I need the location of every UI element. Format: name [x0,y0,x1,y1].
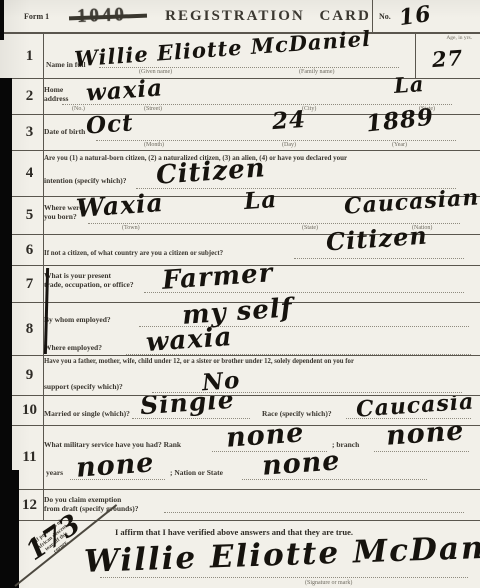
dependents-question-1: Have you a father, mother, wife, child u… [44,358,354,365]
military-branch-answer: none [385,417,465,449]
row-number: 7 [16,266,44,302]
born-town-value: Waxia [75,190,164,221]
sub-state2: (State) [302,225,318,231]
answer-line [164,512,464,513]
row-number: 11 [16,426,44,489]
row-number: 2 [16,79,44,114]
military-nation-label: ; Nation or State [170,468,223,477]
row-number: 5 [16,197,44,234]
home-city-value: waxia [85,76,163,104]
citizenship-answer: Citizen [155,155,266,189]
age-box: Age, in yrs. 27 [415,34,474,78]
sub-town: (Town) [122,225,140,231]
dob-day-value: 24 [271,108,307,133]
sub-street: (Street) [144,106,162,112]
sub-day: (Day) [282,142,296,148]
answer-line [99,67,399,68]
registration-card: Form 1 1040 REGISTRATION CARD No. 16 1 N… [0,0,480,588]
dependents-answer: No [201,369,241,395]
country-answer: Citizen [325,223,428,254]
signature-sub-label: (Signature or mark) [305,580,352,586]
military-question: What military service have you had? Rank [44,440,181,449]
row-number: 4 [16,151,44,196]
employed-where-label: Where employed? [44,343,102,352]
row-employer: 8 By whom employed? my self Where employ… [0,302,480,355]
trade-label-2: trade, occupation, or office? [44,280,134,289]
row-number: 9 [16,356,44,395]
dob-month-value: Oct [85,111,134,137]
race-label: Race (specify which)? [262,409,332,418]
military-years-label: years [46,468,63,477]
home-label-2: address [44,94,68,103]
form-label: Form 1 [24,12,49,21]
sub-no: (No.) [72,106,85,112]
married-label: Married or single (which)? [44,409,130,418]
exemption-label-2: from draft (specify grounds)? [44,504,139,513]
country-question: If not a citizen, of what country are yo… [44,249,223,257]
answer-line [152,392,462,393]
sub-year: (Year) [392,142,407,148]
row-military-service: 11 What military service have you had? R… [0,425,480,489]
age-value: 27 [431,47,464,70]
trade-answer: Farmer [161,260,274,294]
employed-where-answer: waxia [145,324,233,356]
row-number: 12 [16,490,44,520]
dependents-question-2: support (specify which)? [44,382,123,391]
row-date-of-birth: 3 Date of birth (Month) (Day) (Year) Oct… [0,114,480,150]
sub-family-name: (Family name) [299,69,335,75]
answer-line [96,140,456,141]
citizenship-question-2: intention (specify which)? [44,176,127,185]
name-value: Willie Eliotte McDaniel [74,28,372,70]
born-label-2: you born? [44,212,77,221]
card-number-label: No. [379,12,391,21]
employed-by-label: By whom employed? [44,315,111,324]
trade-label-1: What is your present [44,271,111,280]
dob-year-value: 1889 [365,106,435,136]
card-number-value: 16 [397,3,432,29]
stamped-serial: 1040 [77,5,127,27]
signature-value: Willie Eliotte McDaniel [84,531,480,578]
scan-edge-left [0,78,12,470]
military-nation-answer: none [261,447,341,479]
row-number: 3 [16,115,44,150]
card-header: Form 1 1040 REGISTRATION CARD No. 16 [0,0,480,32]
row-number: 1 [16,34,44,78]
exemption-label-1: Do you claim exemption [44,495,121,504]
home-label-1: Home [44,85,63,94]
dob-label: Date of birth [44,127,85,136]
born-state-value: La [243,188,278,213]
married-answer: Single [139,396,235,418]
military-years-answer: none [75,449,155,481]
row-number: 8 [16,303,44,355]
card-number-box: No. 16 [372,0,480,32]
sub-month: (Month) [144,142,164,148]
home-state-value: La [393,73,425,96]
answer-line [294,258,464,259]
scan-edge-top-left [0,0,4,40]
military-rank-answer: none [225,419,305,451]
age-label: Age, in yrs. [446,35,472,41]
card-title: REGISTRATION CARD [165,8,371,25]
row-number: 10 [16,396,44,425]
row-number: 6 [16,235,44,265]
scan-edge-left-lower [0,470,19,588]
row-dependents: 9 Have you a father, mother, wife, child… [0,355,480,395]
